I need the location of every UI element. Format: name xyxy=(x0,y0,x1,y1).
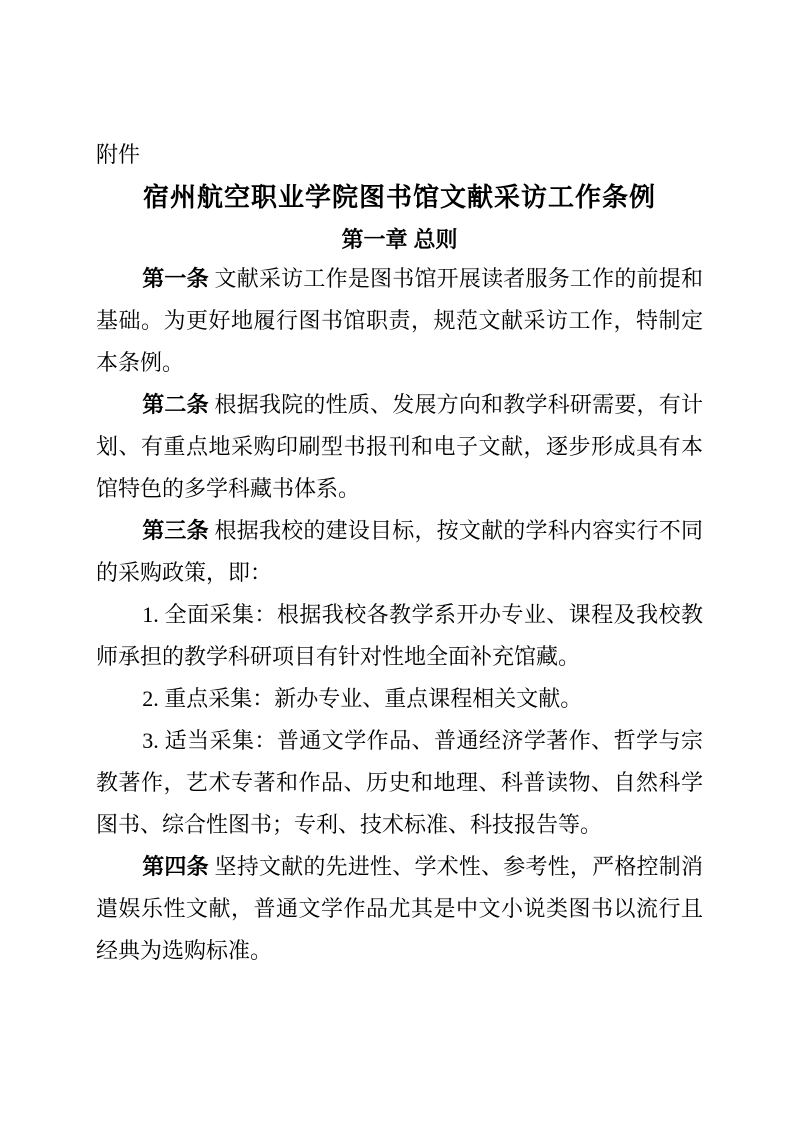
paragraph: 第一条 文献采访工作是图书馆开展读者服务工作的前提和基础。为更好地履行图书馆职责… xyxy=(96,258,703,384)
document-content: 附件 宿州航空职业学院图书馆文献采访工作条例 第一章 总则 第一条 文献采访工作… xyxy=(96,140,703,972)
paragraph-lead: 第二条 xyxy=(142,392,209,417)
paragraph: 1. 全面采集：根据我校各教学系开办专业、课程及我校教师承担的教学科研项目有针对… xyxy=(96,594,703,678)
paragraph: 第四条 坚持文献的先进性、学术性、参考性，严格控制消遣娱乐性文献，普通文学作品尤… xyxy=(96,846,703,972)
paragraph-lead: 第一条 xyxy=(142,266,209,291)
paragraph-text: 1. 全面采集：根据我校各教学系开办专业、课程及我校教师承担的教学科研项目有针对… xyxy=(96,602,703,669)
paragraph-lead: 第三条 xyxy=(142,518,209,543)
paragraph: 2. 重点采集：新办专业、重点课程相关文献。 xyxy=(96,678,703,720)
paragraph: 第三条 根据我校的建设目标，按文献的学科内容实行不同的采购政策，即： xyxy=(96,510,703,594)
attachment-label: 附件 xyxy=(96,140,703,170)
document-page: 附件 宿州航空职业学院图书馆文献采访工作条例 第一章 总则 第一条 文献采访工作… xyxy=(0,0,793,1122)
paragraph: 第二条 根据我院的性质、发展方向和教学科研需要，有计划、有重点地采购印刷型书报刊… xyxy=(96,384,703,510)
document-title: 宿州航空职业学院图书馆文献采访工作条例 xyxy=(96,180,703,216)
paragraph-text: 3. 适当采集：普通文学作品、普通经济学著作、哲学与宗教著作，艺术专著和作品、历… xyxy=(96,728,703,837)
paragraph-lead: 第四条 xyxy=(142,854,209,879)
paragraph-text: 2. 重点采集：新办专业、重点课程相关文献。 xyxy=(142,686,582,711)
paragraph: 3. 适当采集：普通文学作品、普通经济学著作、哲学与宗教著作，艺术专著和作品、历… xyxy=(96,720,703,846)
chapter-heading: 第一章 总则 xyxy=(96,222,703,258)
paragraph-list: 第一条 文献采访工作是图书馆开展读者服务工作的前提和基础。为更好地履行图书馆职责… xyxy=(96,258,703,972)
